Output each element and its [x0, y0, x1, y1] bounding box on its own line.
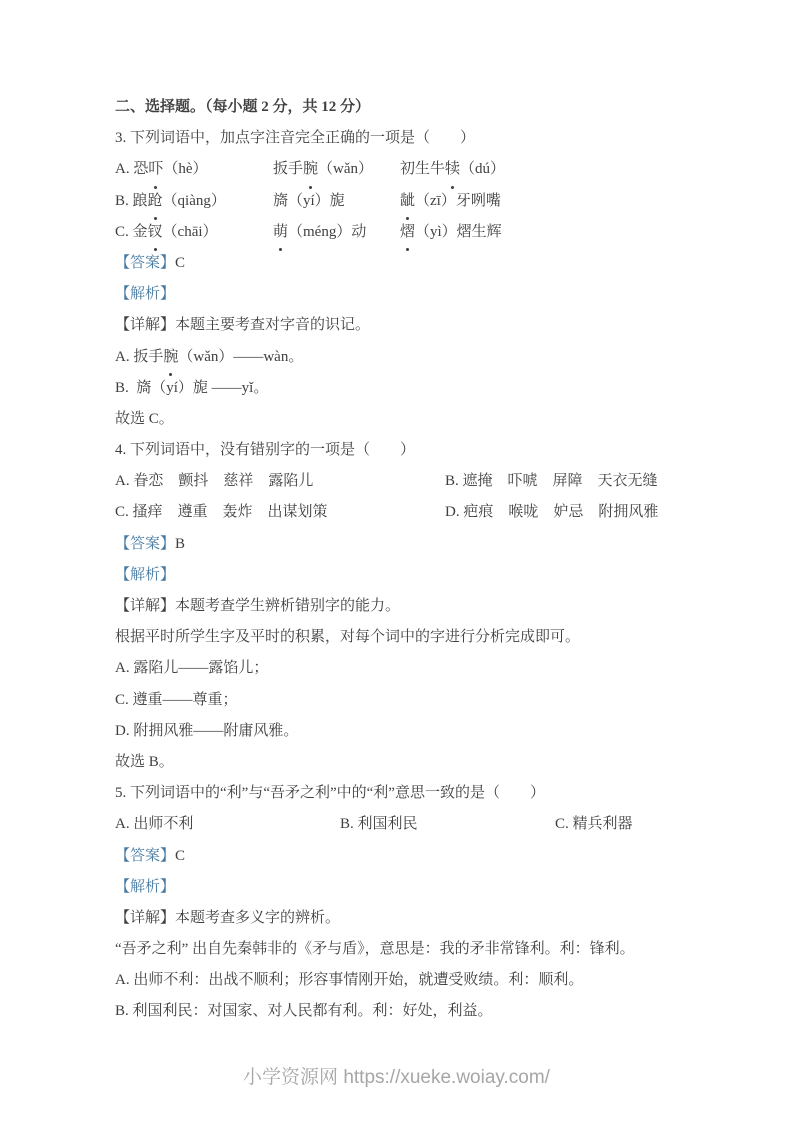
question-3-answer: 【答案】C	[115, 248, 681, 279]
q4-analysis-line-1: 【详解】本题考查学生辨析错别字的能力。	[115, 591, 681, 622]
q5-analysis-line-2: “吾矛之利” 出自先秦韩非的《矛与盾》，意思是：我的矛非常锋利。利：锋利。	[115, 934, 681, 965]
question-4-option-row-cd: C. 搔痒 遵重 轰炸 出谋划策 D. 疤痕 喉咙 妒忌 附拥风雅	[115, 497, 681, 528]
q3-analysis-line-2: A. 扳手腕（wǎn）——wàn。	[115, 342, 681, 373]
q4-option-c: C. 搔痒 遵重 轰炸 出谋划策	[115, 497, 445, 528]
question-3-option-row-b: B. 踉跄（qiàng） 旖（yí）旎 龇（zī）牙咧嘴	[115, 186, 681, 217]
q3-option-a-word-3: 初生牛犊（dú）	[400, 154, 681, 185]
q4-answer-value: B	[175, 536, 185, 552]
question-4-option-row-ab: A. 眷恋 颤抖 慈祥 露陷儿 B. 遮掩 吓唬 屏障 天衣无缝	[115, 466, 681, 497]
watermark-text: 小学资源网 https://xueke.woiay.com/	[243, 1067, 550, 1088]
q3-analysis-line-4: 故选 C。	[115, 404, 681, 435]
exam-document-page: 二、选择题。（每小题 2 分，共 12 分） 3. 下列词语中，加点字注音完全正…	[0, 0, 793, 1122]
q4-option-d: D. 疤痕 喉咙 妒忌 附拥风雅	[445, 497, 681, 528]
q3-option-a-word-2: 扳手腕（wǎn）	[273, 154, 400, 185]
q4-analysis-line-6: 故选 B。	[115, 747, 681, 778]
q3-option-a-word-1: A. 恐吓（hè）	[115, 154, 273, 185]
question-5-answer: 【答案】C	[115, 841, 681, 872]
q5-analysis-line-4: B. 利国利民：对国家、对人民都有利。利：好处，利益。	[115, 996, 681, 1027]
question-4-stem: 4. 下列词语中，没有错别字的一项是（ ）	[115, 435, 681, 466]
q3-option-c-word-2: 萌（méng）动	[273, 217, 400, 248]
answer-label: 【答案】	[115, 536, 175, 552]
q3-option-b-word-1: B. 踉跄（qiàng）	[115, 186, 273, 217]
q3-option-b-word-2: 旖（yí）旎	[273, 186, 400, 217]
q3-option-c-word-1: C. 金钗（chāi）	[115, 217, 273, 248]
answer-label: 【答案】	[115, 255, 175, 271]
q4-analysis-line-4: C. 遵重——尊重；	[115, 685, 681, 716]
q3-option-c-word-3: 熠（yì）熠生辉	[400, 217, 681, 248]
answer-label: 【答案】	[115, 848, 175, 864]
q5-answer-value: C	[175, 848, 185, 864]
q4-analysis-line-5: D. 附拥风雅——附庸风雅。	[115, 716, 681, 747]
q5-analysis-line-3: A. 出师不利：出战不顺利；形容事情刚开始，就遭受败绩。利：顺利。	[115, 965, 681, 996]
site-watermark: 小学资源网 https://xueke.woiay.com/	[0, 1062, 793, 1089]
question-3-stem: 3. 下列词语中，加点字注音完全正确的一项是（ ）	[115, 123, 681, 154]
q5-option-b: B. 利国利民	[340, 809, 555, 840]
q4-option-b: B. 遮掩 吓唬 屏障 天衣无缝	[445, 466, 681, 497]
q5-option-a: A. 出师不利	[115, 809, 340, 840]
question-3-option-row-a: A. 恐吓（hè） 扳手腕（wǎn） 初生牛犊（dú）	[115, 154, 681, 185]
question-5-stem: 5. 下列词语中的“利”与“吾矛之利”中的“利”意思一致的是（ ）	[115, 778, 681, 809]
question-3-analysis-label: 【解析】	[115, 279, 681, 310]
q4-analysis-line-2: 根据平时所学生字及平时的积累，对每个词中的字进行分析完成即可。	[115, 622, 681, 653]
q3-answer-value: C	[175, 255, 185, 271]
q4-analysis-line-3: A. 露陷儿——露馅儿；	[115, 653, 681, 684]
q3-analysis-line-1: 【详解】本题主要考查对字音的识记。	[115, 310, 681, 341]
q5-option-c: C. 精兵利器	[555, 809, 681, 840]
question-4-analysis-label: 【解析】	[115, 560, 681, 591]
q5-analysis-line-1: 【详解】本题考查多义字的辨析。	[115, 903, 681, 934]
section-title: 二、选择题。（每小题 2 分，共 12 分）	[115, 92, 681, 123]
q3-option-b-word-3: 龇（zī）牙咧嘴	[400, 186, 681, 217]
document-body: 二、选择题。（每小题 2 分，共 12 分） 3. 下列词语中，加点字注音完全正…	[115, 92, 681, 1028]
question-4-answer: 【答案】B	[115, 529, 681, 560]
question-5-analysis-label: 【解析】	[115, 872, 681, 903]
q3-analysis-line-3: B. 旖（yí）旎 ——yǐ。	[115, 373, 681, 404]
q4-option-a: A. 眷恋 颤抖 慈祥 露陷儿	[115, 466, 445, 497]
question-5-option-row: A. 出师不利 B. 利国利民 C. 精兵利器	[115, 809, 681, 840]
question-3-option-row-c: C. 金钗（chāi） 萌（méng）动 熠（yì）熠生辉	[115, 217, 681, 248]
